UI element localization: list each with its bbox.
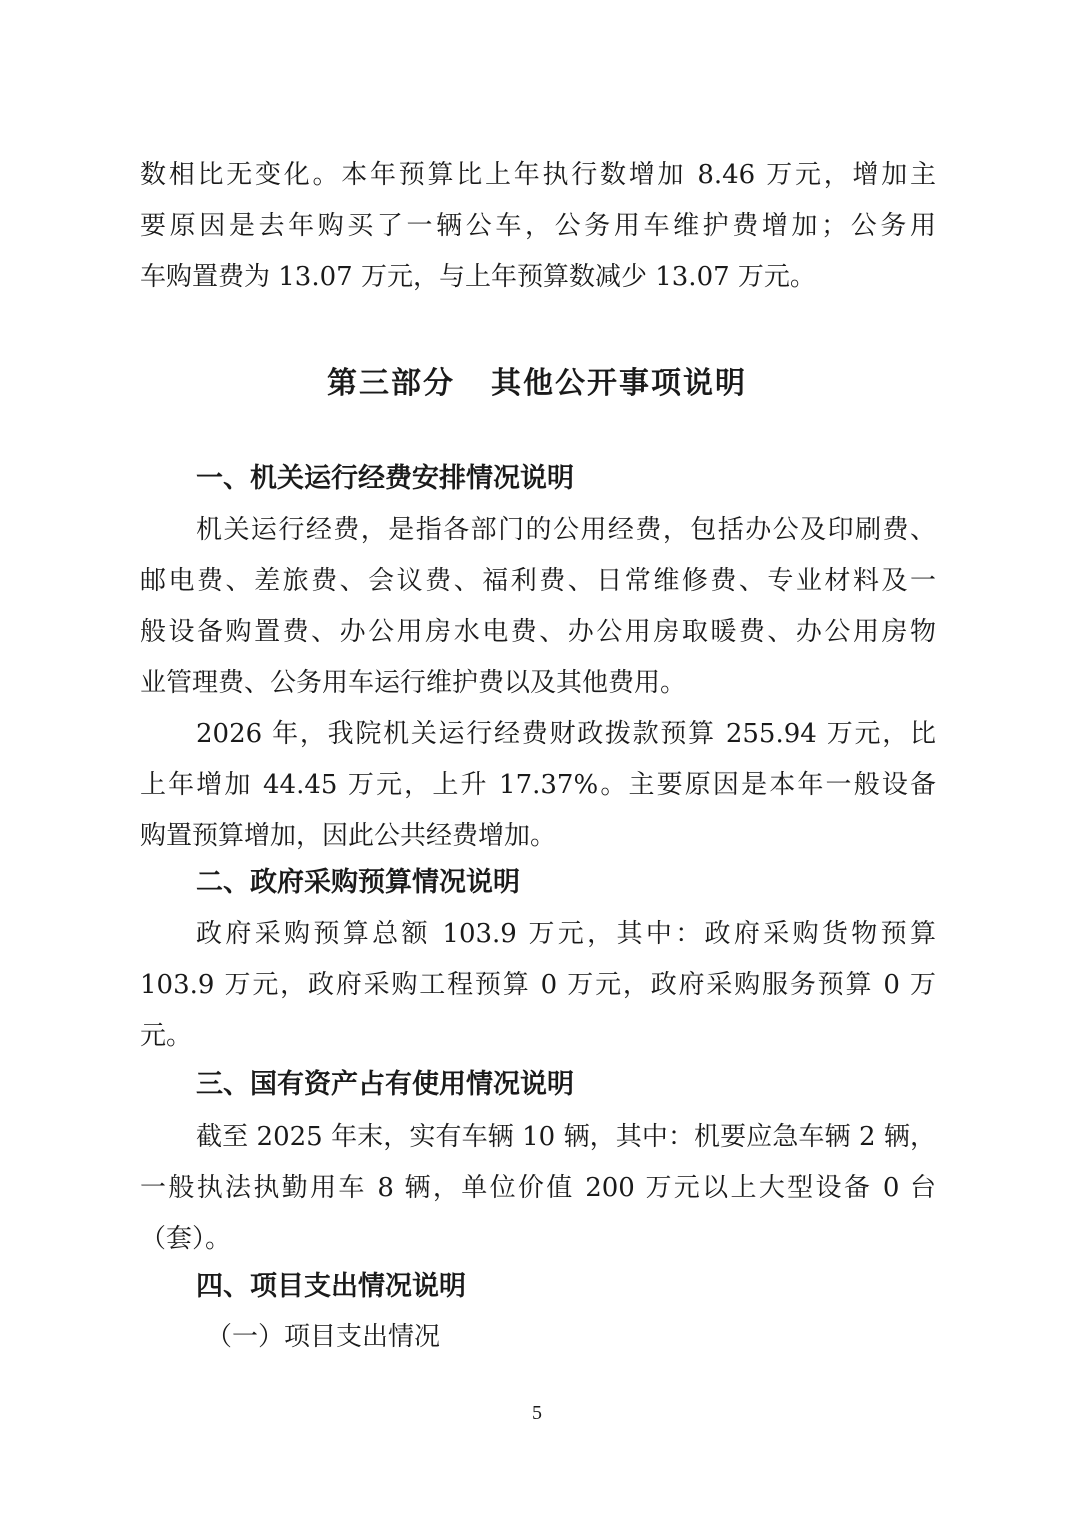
section-2-line-2: 103.9 万元，政府采购工程预算 0 万元，政府采购服务预算 0 万 — [140, 968, 936, 1002]
part-label: 第三部分 — [327, 366, 455, 401]
section-1-para2-line-3: 购置预算增加，因此公共经费增加。 — [140, 819, 936, 853]
intro-line-1: 数相比无变化。本年预算比上年执行数增加 8.46 万元，增加主 — [140, 158, 936, 192]
section-3-line-3: （套）。 — [140, 1222, 936, 1256]
part-title: 其他公开事项说明 — [491, 366, 747, 401]
section-1-para2-line-2: 上年增加 44.45 万元，上升 17.37%。主要原因是本年一般设备 — [140, 768, 936, 802]
section-3-line-1: 截至 2025 年末，实有车辆 10 辆，其中：机要应急车辆 2 辆， — [196, 1120, 936, 1154]
section-3-line-2: 一般执法执勤用车 8 辆，单位价值 200 万元以上大型设备 0 台 — [140, 1171, 936, 1205]
section-4-sub-1: （一）项目支出情况 — [206, 1320, 440, 1354]
intro-line-3: 车购置费为 13.07 万元，与上年预算数减少 13.07 万元。 — [140, 260, 936, 294]
section-1-para2-line-1: 2026 年，我院机关运行经费财政拨款预算 255.94 万元，比 — [196, 717, 936, 751]
part-heading: 第三部分其他公开事项说明 — [0, 358, 1074, 402]
section-2-heading: 二、政府采购预算情况说明 — [196, 866, 520, 900]
section-3-heading: 三、国有资产占有使用情况说明 — [196, 1068, 574, 1102]
intro-line-2: 要原因是去年购买了一辆公车，公务用车维护费增加；公务用 — [140, 209, 936, 243]
section-1-para1-line-4: 业管理费、公务用车运行维护费以及其他费用。 — [140, 666, 936, 700]
page-number: 5 — [0, 1402, 1074, 1425]
section-1-para1-line-3: 般设备购置费、办公用房水电费、办公用房取暖费、办公用房物 — [140, 615, 936, 649]
section-1-para1-line-2: 邮电费、差旅费、会议费、福利费、日常维修费、专业材料及一 — [140, 564, 936, 598]
section-2-line-1: 政府采购预算总额 103.9 万元，其中：政府采购货物预算 — [196, 917, 936, 951]
section-2-line-3: 元。 — [140, 1019, 936, 1053]
section-4-heading: 四、项目支出情况说明 — [196, 1270, 466, 1304]
section-1-para1-line-1: 机关运行经费，是指各部门的公用经费，包括办公及印刷费、 — [196, 513, 936, 547]
section-1-heading: 一、机关运行经费安排情况说明 — [196, 462, 574, 496]
